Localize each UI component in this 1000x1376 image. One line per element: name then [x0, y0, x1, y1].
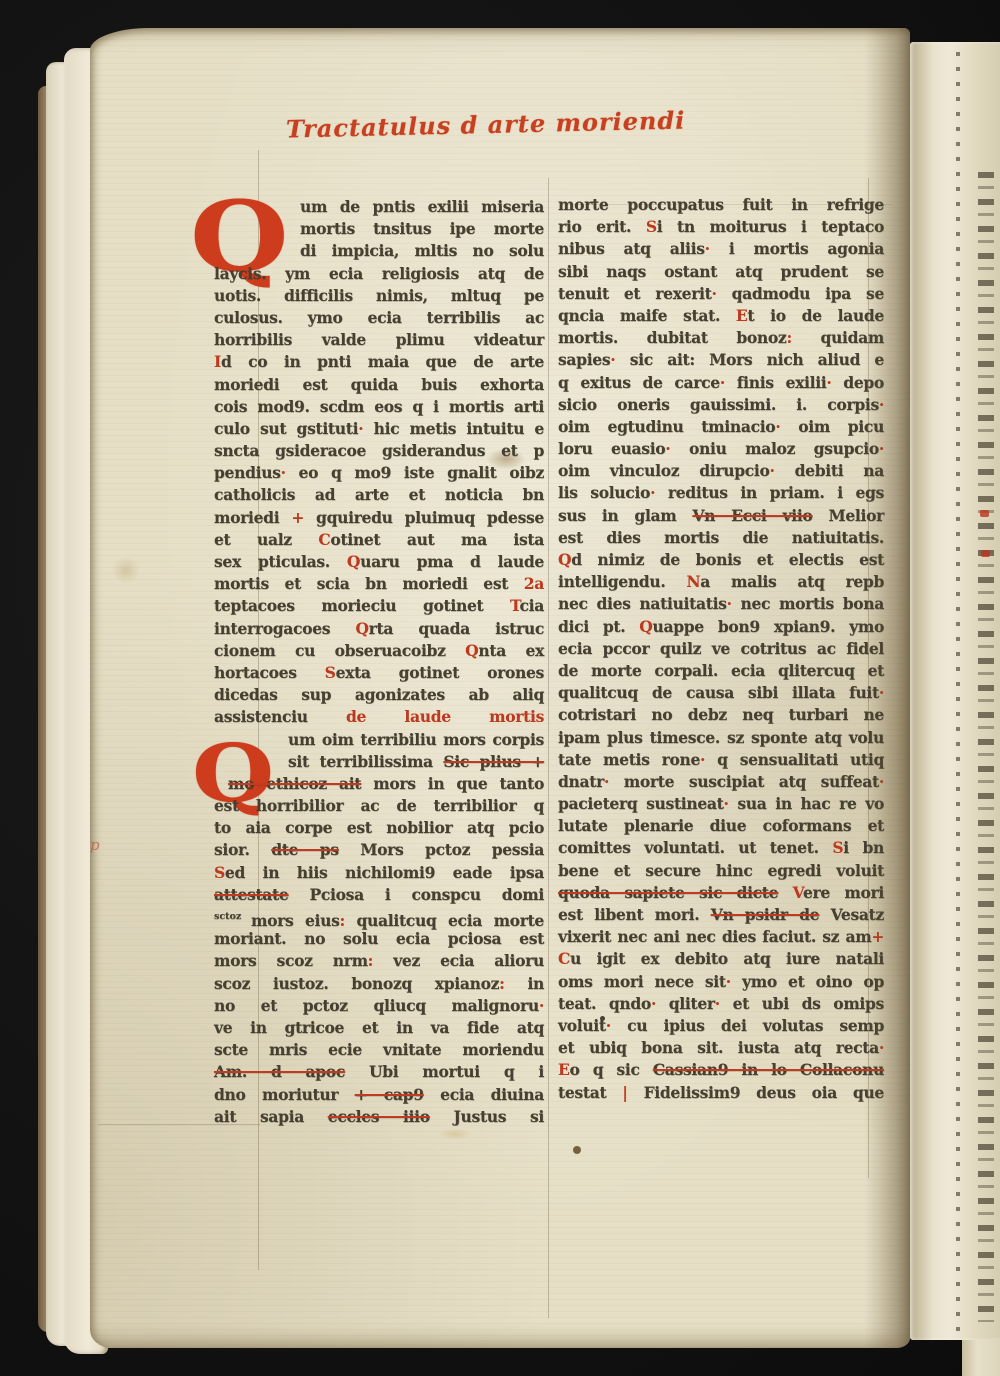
text-line: sior. dte ps Mors pctoz pessia [214, 839, 544, 861]
ink-text: d nimiz de bonis et electis est [571, 550, 884, 569]
ink-text: mortis et scia bn moriedi est [214, 574, 524, 593]
ink-text: cois mod9. scdm eos q i mortis arti [214, 397, 544, 416]
text-line: voluit· cu ipius dei volutas semp [558, 1015, 884, 1037]
text-line: uotis. difficilis nimis, mltuq pe [214, 285, 544, 307]
ink-text: mortis tnsitus ipe morte [300, 219, 544, 238]
ink-text: horribilis valde plimu videatur [214, 330, 544, 349]
text-line: sctoz mors eius: qualitcuq ecia morte [214, 906, 544, 928]
text-line: Am. d apoc Ubi mortui q i [214, 1061, 544, 1083]
ink-text: moriant. no solu ecia pciosa est [214, 929, 544, 948]
ink-text: oim vinculoz dirupcio [558, 461, 770, 480]
ink-text: nec mortis bona [741, 594, 884, 613]
ink-text: qualitcuq de causa sibi illata fuit [558, 683, 879, 702]
ink-text: q sensualitati utiq [717, 750, 884, 769]
ink-text: di impicia, mltis no solu [300, 241, 544, 260]
text-line: oim egtudinu tminacio· oim picu [558, 416, 884, 438]
text-line: bene et secure hinc egredi voluit [558, 860, 884, 882]
text-line: teptacoes morieciu gotinet Tcia [214, 595, 544, 617]
rubric-text: · [715, 994, 733, 1013]
ink-text: lutate plenarie diue coformans et [558, 816, 884, 835]
ink-text: et ubi ds omips [733, 994, 884, 1013]
text-line: sex pticulas. Quaru pma d laude [214, 551, 544, 573]
rubric-text: N [686, 572, 700, 591]
text-line: moriant. no solu ecia pciosa est [214, 928, 544, 950]
text-line: est dies mortis die natiuitatis. [558, 527, 884, 549]
ink-text: Justus si [430, 1107, 544, 1126]
ink-text: rta quada istruc [369, 619, 544, 638]
ink-text: teat. qndo [558, 994, 651, 1013]
ink-text: est libent mori. [558, 905, 711, 924]
ink-text: morte poccupatus fuit in refrige [558, 195, 884, 214]
rubric-text: · [606, 1016, 627, 1035]
ink-text: pacieterq sustineat [558, 794, 724, 813]
rubric-text: Q [347, 552, 360, 571]
text-line: horribilis valde plimu videatur [214, 329, 544, 351]
text-line: comittes voluntati. ut tenet. Si bn [558, 837, 884, 859]
text-line: q exitus de carce· finis exilii· depo [558, 372, 884, 394]
text-line: sibi naqs ostant atq prudent se [558, 261, 884, 283]
ink-text: no et pctoz qliucq malignoru [214, 996, 539, 1015]
rubric-text: · [724, 794, 738, 813]
text-line: pacieterq sustineat· sua in hac re vo [558, 793, 884, 815]
rubric-text: Q [355, 619, 368, 638]
text-line: Id co in pnti maia que de arte [214, 351, 544, 373]
rubric-text: E [736, 306, 748, 325]
ink-text: dicedas sup agonizates ab aliq [214, 685, 544, 704]
text-line: um oim terribiliu mors corpis [214, 729, 544, 751]
text-line: ecia pccor quilz ve cotritus ac fidel [558, 638, 884, 660]
text-line: Qd nimiz de bonis et electis est [558, 549, 884, 571]
ink-text: ymo et oino op [742, 972, 884, 991]
text-line: moriedi + gquiredu pluimuq pdesse [214, 507, 544, 529]
ink-text: est horribilior ac de terribilior q [214, 796, 544, 815]
ink-text: pendius [214, 463, 281, 482]
text-line: est horribilior ac de terribilior q [214, 795, 544, 817]
rubric-text: · [610, 350, 629, 369]
text-line: de morte corpali. ecia qlitercuq et [558, 660, 884, 682]
running-title: Tractatulus d arte moriendi [286, 105, 686, 143]
parchment-stain [112, 556, 140, 584]
ink-text: rio erit. [558, 217, 646, 236]
rubric-text: · [712, 284, 732, 303]
rubric-text: Q [465, 641, 478, 660]
ink-text: dici pt. [558, 617, 639, 636]
rubric-text: S [214, 863, 225, 882]
rubric-text: · [770, 461, 795, 480]
ink-text: d co in pnti maia que de arte [221, 352, 544, 371]
ink-text: gquiredu pluimuq pdesse [316, 508, 544, 527]
ink-text: scte mris ecie vnitate moriendu [214, 1040, 544, 1059]
text-line: hortacoes Sexta gotinet orones [214, 662, 544, 684]
ink-text: cia [520, 596, 544, 615]
ink-text: mors scoz nrm [214, 951, 368, 970]
red-struck-text: Vn Ecci viio [692, 506, 812, 525]
text-line: qualitcuq de causa sibi illata fuit· [558, 682, 884, 704]
text-line: Cu igit ex debito atq iure natali [558, 948, 884, 970]
ink-text: sus in glam [558, 506, 692, 525]
ink-text: cionem cu obseruacoibz [214, 641, 465, 660]
rubric-text: · [727, 594, 741, 613]
ink-text: oniu maloz gsupcio [689, 439, 879, 458]
text-line: lis solucio· reditus in priam. i egs [558, 482, 884, 504]
rubric-text: · [539, 996, 544, 1015]
text-line: mortis et scia bn moriedi est 2a [214, 573, 544, 595]
ink-text: qualitcuq ecia morte [357, 911, 544, 930]
compressed-page-edges [956, 52, 960, 1332]
ink-text: sicio oneris gauissimi. i. corpis [558, 395, 879, 414]
ink-text: mortis. dubitat bonoz [558, 328, 786, 347]
rubric-text: · [775, 417, 798, 436]
rubric-text: · [826, 373, 843, 392]
text-line: mo ethicoz ait mors in que tanto [214, 773, 544, 795]
ruling-line-center [548, 178, 549, 1318]
text-line: dno moriutur + cap9 ecia diuina [214, 1084, 544, 1106]
rubric-text: · [358, 419, 373, 438]
facing-page-red-fragment [980, 510, 989, 517]
ink-text: lis solucio [558, 483, 650, 502]
ink-text: sapies [558, 350, 610, 369]
ink-text: interrogacoes [214, 619, 355, 638]
rubric-text: S [646, 217, 657, 236]
text-line: mors scoz nrm: vez ecia alioru [214, 950, 544, 972]
dark-spot [573, 1146, 581, 1154]
text-line: vixerit nec ani nec dies faciut. sz am+ [558, 926, 884, 948]
rubric-text: · [650, 483, 668, 502]
text-line: sus in glam Vn Ecci viio Melior [558, 505, 884, 527]
rubric-text: S [832, 838, 843, 857]
text-line: interrogacoes Qrta quada istruc [214, 618, 544, 640]
ink-text: hic metis intuitu e [374, 419, 544, 438]
ink-text: cotristari no debz neq turbari ne [558, 705, 884, 724]
ink-text: laycis. ym ecia religiosis atq de [214, 264, 544, 283]
ink-text: u igit ex debito atq iure natali [570, 949, 884, 968]
text-line: oim vinculoz dirupcio· debiti na [558, 460, 884, 482]
ink-text: Pciosa i conspcu domi [288, 885, 544, 904]
ink-text: mors eius [251, 911, 340, 930]
text-line: assistenciu de laude mortis [214, 706, 544, 728]
ink-text: uappe bon9 xpian9. ymo [653, 617, 885, 636]
red-struck-text: quoda sapiete sic dicte [558, 883, 778, 902]
rubric-text: Q [558, 550, 571, 569]
ink-text: Mors pctoz pessia [339, 840, 544, 859]
ink-text: ecia pccor quilz ve cotritus ac fidel [558, 639, 884, 658]
rubric-text: : [499, 974, 527, 993]
text-line: lutate plenarie diue coformans et [558, 815, 884, 837]
text-line: culo sut gstituti· hic metis intuitu e [214, 418, 544, 440]
ink-text: loru euasio [558, 439, 665, 458]
ink-text: et ualz [214, 530, 318, 549]
ink-text: ed in hiis nichilomi9 eade ipsa [225, 863, 544, 882]
ink-text: dnatr [558, 772, 604, 791]
text-line: dnatr· morte suscipiat atq suffeat· [558, 771, 884, 793]
text-line: di impicia, mltis no solu [214, 240, 544, 262]
text-line: sicio oneris gauissimi. i. corpis· [558, 394, 884, 416]
ink-text: est dies mortis die natiuitatis. [558, 528, 884, 547]
ink-text: hortacoes [214, 663, 325, 682]
ink-text: mors in que tanto [361, 774, 544, 793]
text-column-right: morte poccupatus fuit in refrigerio erit… [558, 194, 884, 1104]
ink-text: et ubiq bona sit. iusta atq recta [558, 1038, 879, 1057]
text-line: intelligendu. Na malis atq repb [558, 571, 884, 593]
red-struck-text: Vn psidr de [711, 905, 819, 924]
text-line: moriedi est quida buis exhorta [214, 374, 544, 396]
text-line: et ubiq bona sit. iusta atq recta· [558, 1037, 884, 1059]
text-line: laycis. ym ecia religiosis atq de [214, 263, 544, 285]
rubric-text: · [665, 439, 689, 458]
photograph-backdrop: Tractatulus d arte moriendi Q Q p um de … [0, 0, 1000, 1376]
text-line: um de pntis exilii miseria [214, 196, 544, 218]
ink-text: bene et secure hinc egredi voluit [558, 861, 884, 880]
rubric-text: · [705, 239, 729, 258]
red-struck-text: dte ps [271, 840, 339, 859]
red-struck-text: Am. d apoc [214, 1062, 345, 1081]
ink-text: morte suscipiat atq suffeat [624, 772, 879, 791]
ink-text: tenuit et rexerit [558, 284, 712, 303]
text-line: quoda sapiete sic dicte Vere mori [558, 882, 884, 904]
text-line: nec dies natiuitatis· nec mortis bona [558, 593, 884, 615]
text-line: ait sapia eccles iiio Justus si [214, 1106, 544, 1128]
rubric-text: : [786, 328, 820, 347]
ink-text: testat [558, 1083, 622, 1102]
ink-text: vixerit nec ani nec dies faciut. sz am [558, 927, 871, 946]
rubric-text: de laude mortis [346, 707, 544, 726]
rubric-text: 2a [524, 574, 544, 593]
ink-text: culosus. ymo ecia terribilis ac [214, 308, 544, 327]
ink-text: eo q mo9 iste gnalit oibz [299, 463, 544, 482]
rubric-text: · [700, 750, 717, 769]
text-line: testat | Fidelissim9 deus oia que [558, 1082, 884, 1104]
red-struck-text: eccles iiio [328, 1107, 430, 1126]
text-line: rio erit. Si tn moiturus i teptaco [558, 216, 884, 238]
ink-text: ve in gtricoe et in va fide atq [214, 1018, 544, 1037]
ink-text: teptacoes morieciu gotinet [214, 596, 510, 615]
ink-text: dno moriutur [214, 1085, 355, 1104]
ink-text: i mortis agonia [729, 239, 884, 258]
text-line: est libent mori. Vn psidr de Vesatz [558, 904, 884, 926]
rubric-text: E [558, 1060, 570, 1079]
ink-text: q exitus de carce [558, 373, 720, 392]
text-line: et ualz Cotinet aut ma ista [214, 529, 544, 551]
red-struck-text: mo ethicoz ait [228, 774, 361, 793]
rubric-text: S [325, 663, 336, 682]
ink-text: scoz iustoz. bonozq xpianoz [214, 974, 499, 993]
text-line: sncta gsideracoe gsiderandus et p [214, 440, 544, 462]
facing-page-text-fragments [978, 172, 994, 1322]
ink-text: ecia diuina [424, 1085, 544, 1104]
ink-text: uotis. difficilis nimis, mltuq pe [214, 286, 544, 305]
rubric-text: · [651, 994, 669, 1013]
rubric-text: : [368, 951, 394, 970]
text-line: loru euasio· oniu maloz gsupcio· [558, 438, 884, 460]
ink-text: reditus in priam. i egs [668, 483, 884, 502]
ink-text: qncia maife stat. [558, 306, 736, 325]
ink-text: a malis atq repb [700, 572, 884, 591]
ink-text: intelligendu. [558, 572, 686, 591]
red-struck-text: Sic plius + [443, 752, 544, 771]
text-line: tate metis rone· q sensualitati utiq [558, 749, 884, 771]
ink-text: moriedi [214, 508, 291, 527]
ink-text: nec dies natiuitatis [558, 594, 727, 613]
manuscript-page: Tractatulus d arte moriendi Q Q p um de … [90, 28, 910, 1348]
rubric-text: C [558, 949, 570, 968]
ink-text [778, 883, 792, 902]
ink-text: oim egtudinu tminacio [558, 417, 775, 436]
ink-text: ipam plus timesce. sz sponte atq volu [558, 728, 884, 747]
red-struck-text: attestate [214, 885, 288, 904]
ink-text: i tn moiturus i teptaco [657, 217, 884, 236]
ink-text: culo sut gstituti [214, 419, 358, 438]
text-line: qncia maife stat. Et io de laude [558, 305, 884, 327]
yellow-stain [438, 1128, 472, 1140]
text-line: dici pt. Quappe bon9 xpian9. ymo [558, 616, 884, 638]
text-column-left: um de pntis exilii miseriamortis tnsitus… [214, 196, 544, 1128]
ink-text: to aia corpe est nobilior atq pcio [214, 818, 544, 837]
ink-text: sic ait: Mors nich aliud e [630, 350, 884, 369]
text-line: scoz iustoz. bonozq xpianoz: in [214, 973, 544, 995]
text-line: to aia corpe est nobilior atq pcio [214, 817, 544, 839]
rubric-text: · [726, 972, 742, 991]
text-line: no et pctoz qliucq malignoru· [214, 995, 544, 1017]
text-line: culosus. ymo ecia terribilis ac [214, 307, 544, 329]
ink-text: um de pntis exilii miseria [300, 197, 544, 216]
text-line: Eo q sic Cassian9 in lo Collaconu [558, 1059, 884, 1081]
text-line: attestate Pciosa i conspcu domi [214, 884, 544, 906]
ink-text: comittes voluntati. ut tenet. [558, 838, 832, 857]
ink-text: voluit [558, 1016, 606, 1035]
ink-text: finis exilii [737, 373, 827, 392]
text-line: scte mris ecie vnitate moriendu [214, 1039, 544, 1061]
interlinear-gloss: sctoz [214, 911, 251, 922]
ink-text: qliter [669, 994, 715, 1013]
text-line: sit terribilissima Sic plius + [214, 751, 544, 773]
margin-annotation: p [90, 836, 100, 854]
text-line: tenuit et rexerit· qadmodu ipa se [558, 283, 884, 305]
facing-page-red-fragment [981, 550, 990, 557]
text-line: dicedas sup agonizates ab aliq [214, 684, 544, 706]
ink-text: nta ex [478, 641, 544, 660]
ink-text: de morte corpali. ecia qlitercuq et [558, 661, 884, 680]
rubric-text: C [318, 530, 330, 549]
rubric-text: · [720, 373, 737, 392]
rubric-text: · [281, 463, 299, 482]
facing-page-sliver [910, 42, 1000, 1340]
rubric-text: | [622, 1083, 643, 1102]
ink-text: sior. [214, 840, 271, 859]
ink-text: sex pticulas. [214, 552, 347, 571]
ink-text: assistenciu [214, 707, 346, 726]
ink-text: moriedi est quida buis exhorta [214, 375, 544, 394]
ink-text: nibus atq aliis [558, 239, 705, 258]
text-line: mortis tnsitus ipe morte [214, 218, 544, 240]
text-line: morte poccupatus fuit in refrige [558, 194, 884, 216]
text-line: Sed in hiis nichilomi9 eade ipsa [214, 862, 544, 884]
text-line: cois mod9. scdm eos q i mortis arti [214, 396, 544, 418]
gutter-shadow [864, 28, 910, 1348]
rubric-text: I [214, 352, 221, 371]
text-line: mortis. dubitat bonoz: quidam [558, 327, 884, 349]
text-line: cotristari no debz neq turbari ne [558, 704, 884, 726]
rubric-text: · [604, 772, 624, 791]
ink-text: Fidelissim9 deus oia que [644, 1083, 884, 1102]
red-struck-text: Cassian9 in lo Collaconu [653, 1060, 884, 1079]
ink-text: Ubi mortui q i [345, 1062, 544, 1081]
rubric-text: V [793, 883, 803, 902]
ink-text: o q sic [570, 1060, 653, 1079]
text-line: teat. qndo· qliter· et ubi ds omips [558, 993, 884, 1015]
rubric-text: + [291, 508, 316, 527]
ink-text: sit terribilissima [288, 752, 443, 771]
ink-text: um oim terribiliu mors corpis [288, 730, 544, 749]
rubric-text: : [340, 911, 357, 930]
text-line: pendius· eo q mo9 iste gnalit oibz [214, 462, 544, 484]
ink-text: uaru pma d laude [360, 552, 544, 571]
text-line: ve in gtricoe et in va fide atq [214, 1017, 544, 1039]
text-line: cionem cu obseruacoibz Qnta ex [214, 640, 544, 662]
ink-text: qadmodu ipa se [732, 284, 884, 303]
ink-text: sibi naqs ostant atq prudent se [558, 262, 884, 281]
ink-text: vez ecia alioru [393, 951, 544, 970]
rubric-text: T [510, 596, 519, 615]
ink-text: catholicis ad arte et noticia bn [214, 485, 544, 504]
ink-text: otinet aut ma ista [330, 530, 544, 549]
ink-text: sncta gsideracoe gsiderandus et p [214, 441, 544, 460]
text-line: nibus atq aliis· i mortis agonia [558, 238, 884, 260]
ink-text: in [527, 974, 544, 993]
ink-text: ait sapia [214, 1107, 328, 1126]
ink-text: exta gotinet orones [336, 663, 544, 682]
text-line: sapies· sic ait: Mors nich aliud e [558, 349, 884, 371]
ink-text: sua in hac re vo [737, 794, 884, 813]
text-line: catholicis ad arte et noticia bn [214, 484, 544, 506]
text-line: ipam plus timesce. sz sponte atq volu [558, 727, 884, 749]
ink-text: oms mori nece sit [558, 972, 726, 991]
rubric-text: Q [639, 617, 652, 636]
red-struck-text: + cap9 [355, 1085, 424, 1104]
ink-text: cu ipius dei volutas semp [627, 1016, 884, 1035]
text-line: oms mori nece sit· ymo et oino op [558, 971, 884, 993]
ink-text: tate metis rone [558, 750, 700, 769]
